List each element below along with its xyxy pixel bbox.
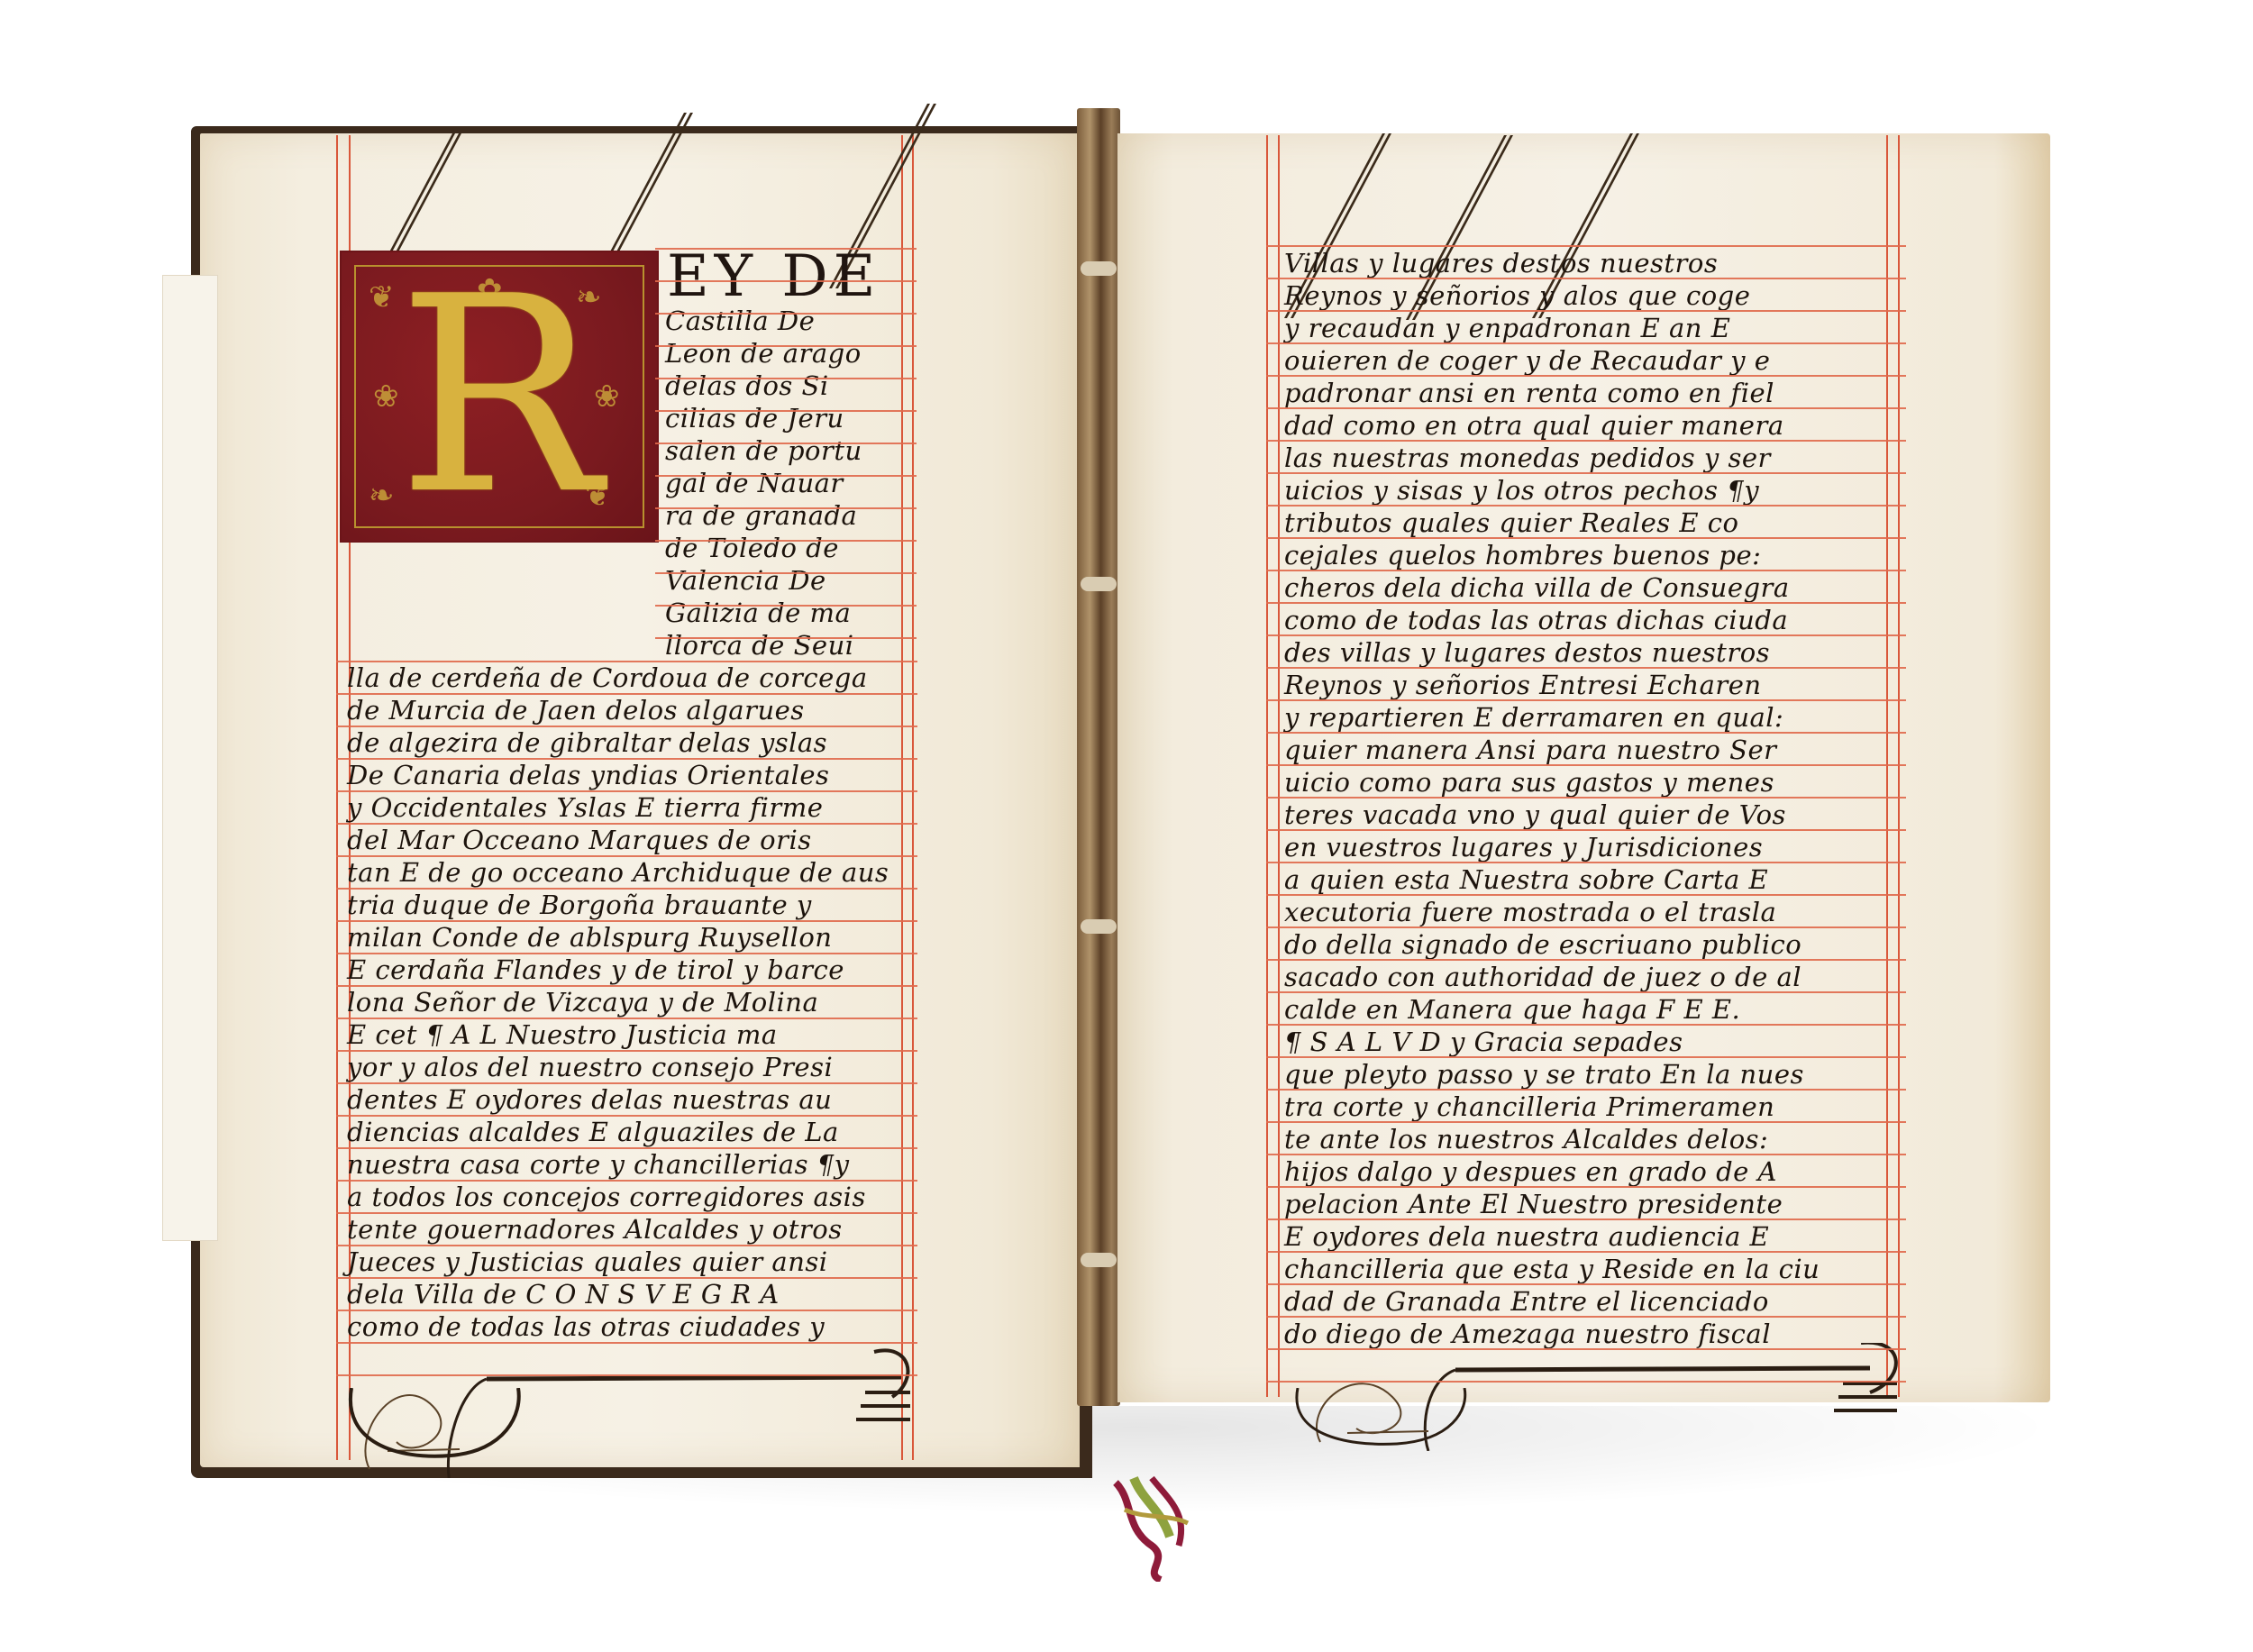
text-line: Leon de arago	[665, 338, 862, 369]
ruling-line	[1266, 602, 1906, 604]
text-line: y repartieren E derramaren en qual:	[1284, 702, 1783, 733]
ruling-line	[1266, 440, 1906, 442]
initial-letter: R	[342, 243, 657, 550]
left-margin-rule	[1278, 135, 1280, 1397]
ruling-line	[1266, 1381, 1906, 1383]
ruling-line	[1266, 1348, 1906, 1350]
text-line: E cet ¶ A L Nuestro Justicia ma	[347, 1019, 778, 1050]
ruling-line	[1266, 926, 1906, 928]
text-line: tente gouernadores Alcaldes y otros	[347, 1214, 843, 1245]
text-line: uicios y sisas y los otros pechos ¶y	[1284, 475, 1759, 506]
binding-cord	[1081, 261, 1117, 276]
left-margin-rule	[336, 135, 338, 1460]
ruling-line	[1266, 407, 1906, 409]
text-line: cheros dela dicha villa de Consuegra	[1284, 572, 1790, 603]
ruling-line	[655, 572, 917, 574]
ruling-line	[1266, 570, 1906, 571]
text-line: del Mar Occeano Marques de oris	[347, 825, 812, 855]
ruling-line	[336, 1342, 917, 1344]
ruling-line	[336, 1277, 917, 1279]
text-line: tributos quales quier Reales E co	[1284, 507, 1739, 538]
text-line: Reynos y señorios Entresi Echaren	[1284, 670, 1762, 700]
ruling-line	[655, 540, 917, 542]
text-line: diencias alcaldes E alguaziles de La	[347, 1117, 839, 1147]
ruling-line	[1266, 245, 1906, 247]
text-line: De Canaria delas yndias Orientales	[347, 760, 829, 790]
text-line: Jueces y Justicias quales quier ansi	[347, 1246, 828, 1277]
text-line: que pleyto passo y se trato En la nues	[1284, 1059, 1804, 1090]
text-line: nuestra casa corte y chancillerias ¶y	[347, 1149, 850, 1180]
book-spine	[1077, 108, 1120, 1406]
text-line: des villas y lugares destos nuestros	[1284, 637, 1770, 668]
text-line: tria duque de Borgoña brauante y	[347, 890, 812, 920]
text-line: Castilla De	[665, 306, 815, 336]
ruling-line	[655, 410, 917, 412]
ruling-line	[655, 475, 917, 477]
ruling-line	[1266, 1154, 1906, 1155]
ruling-line	[1266, 862, 1906, 863]
right-margin-rule	[1898, 135, 1900, 1397]
ruling-line	[336, 1180, 917, 1182]
right-margin-rule	[901, 135, 903, 1460]
left-margin-rule	[1266, 135, 1268, 1397]
ruling-line	[336, 823, 917, 825]
ruling-line	[1266, 1089, 1906, 1091]
ruling-line	[336, 1018, 917, 1019]
text-line: dad como en otra qual quier manera	[1284, 410, 1784, 441]
ruling-line	[655, 345, 917, 347]
text-line: en vuestros lugares y Jurisdiciones	[1284, 832, 1763, 863]
ruling-line	[1266, 991, 1906, 993]
ruling-line	[1266, 1186, 1906, 1188]
text-line: milan Conde de ablspurg Ruysellon	[347, 922, 832, 953]
text-line: uicio como para sus gastos y menes	[1284, 767, 1774, 798]
ruling-line	[1266, 634, 1906, 636]
text-line: dentes E oydores delas nuestras au	[347, 1084, 832, 1115]
ruling-line	[336, 1147, 917, 1149]
text-line: calde en Manera que haga F E E.	[1284, 994, 1740, 1025]
ruling-line	[336, 855, 917, 857]
text-line: a todos los concejos corregidores asis	[347, 1182, 866, 1212]
ruling-line	[336, 693, 917, 695]
text-line: cilias de Jeru	[665, 403, 844, 434]
ruling-line	[655, 313, 917, 315]
text-line: yor y alos del nuestro consejo Presi	[347, 1052, 833, 1082]
ruling-line	[336, 1310, 917, 1311]
ruling-line	[336, 953, 917, 954]
text-line: llorca de Seui	[665, 630, 854, 661]
ruling-line	[336, 726, 917, 727]
ruling-line	[336, 1212, 917, 1214]
text-line: E cerdaña Flandes y de tirol y barce	[347, 954, 844, 985]
ruling-line	[1266, 1283, 1906, 1285]
ruling-line	[1266, 505, 1906, 507]
right-margin-rule	[1886, 135, 1888, 1397]
illuminated-initial: ❦ ❧ ❧ ❦ ✿ ❀ ❀ R	[340, 251, 659, 543]
bookmark-ribbon	[1107, 1474, 1206, 1582]
ruling-line	[1266, 667, 1906, 669]
text-line: cejales quelos hombres buenos pe:	[1284, 540, 1761, 570]
ruling-line	[655, 605, 917, 607]
text-line: Villas y lugares destos nuestros	[1284, 248, 1718, 278]
text-line: dad de Granada Entre el licenciado	[1284, 1286, 1769, 1317]
binding-cord	[1081, 577, 1117, 591]
ruling-line	[1266, 764, 1906, 766]
text-line: tra corte y chancilleria Primeramen	[1284, 1091, 1774, 1122]
left-oval-flourish	[342, 1388, 541, 1460]
text-line: chancilleria que esta y Reside en la ciu	[1284, 1254, 1820, 1284]
text-line: de Murcia de Jaen delos algarues	[347, 695, 805, 726]
ruling-line	[336, 920, 917, 922]
ruling-line	[655, 378, 917, 379]
ruling-line	[1266, 1218, 1906, 1220]
ruling-line	[336, 888, 917, 890]
text-line: quier manera Ansi para nuestro Ser	[1284, 735, 1776, 765]
text-line: de Toledo de	[665, 533, 839, 563]
ruling-line	[336, 661, 917, 662]
ruling-line	[1266, 1251, 1906, 1253]
text-line: ouieren de coger y de Recaudar y e	[1284, 345, 1770, 376]
paper-insert-slip	[162, 275, 218, 1241]
ruling-line	[1266, 1316, 1906, 1318]
text-line: xecutoria fuere mostrada o el trasla	[1284, 897, 1776, 927]
text-line: como de todas las otras dichas ciuda	[1284, 605, 1788, 635]
text-line: ra de granada	[665, 500, 857, 531]
text-line: gal de Nauar	[665, 468, 844, 498]
text-line: dela Villa de C O N S V E G R A	[347, 1279, 780, 1310]
ruling-line	[1266, 732, 1906, 734]
text-line: lona Señor de Vizcaya y de Molina	[347, 987, 818, 1018]
text-line: y Occidentales Yslas E tierra firme	[347, 792, 823, 823]
text-line: de algezira de gibraltar delas yslas	[347, 727, 827, 758]
ruling-line	[336, 1115, 917, 1117]
ruling-line	[336, 758, 917, 760]
ruling-line	[336, 790, 917, 792]
ruling-line	[336, 1050, 917, 1052]
heading-caps: EY DE	[667, 243, 880, 310]
text-line: Valencia De	[665, 565, 826, 596]
ruling-line	[1266, 959, 1906, 961]
ruling-line	[1266, 829, 1906, 831]
ruling-line	[655, 637, 917, 639]
ruling-line	[1266, 699, 1906, 701]
ruling-line	[655, 443, 917, 444]
ruling-line	[336, 1374, 917, 1376]
text-line: delas dos Si	[665, 370, 829, 401]
text-line: te ante los nuestros Alcaldes delos:	[1284, 1124, 1768, 1155]
ruling-line	[1266, 1024, 1906, 1026]
text-line: a quien esta Nuestra sobre Carta E	[1284, 864, 1768, 895]
text-line: salen de portu	[665, 435, 862, 466]
text-line: pelacion Ante El Nuestro presidente	[1284, 1189, 1783, 1219]
text-line: padronar ansi en renta como en fiel	[1284, 378, 1774, 408]
ruling-line	[1266, 797, 1906, 799]
text-line: E oydores dela nuestra audiencia E	[1284, 1221, 1769, 1252]
text-line: ¶ S A L V D y Gracia sepades	[1284, 1027, 1683, 1057]
right-oval-flourish	[1289, 1388, 1487, 1451]
ruling-line	[1266, 1056, 1906, 1058]
ruling-line	[1266, 342, 1906, 344]
text-line: sacado con authoridad de juez o de al	[1284, 962, 1801, 992]
binding-cord	[1081, 1253, 1117, 1267]
ruling-line	[655, 280, 917, 282]
text-line: las nuestras monedas pedidos y ser	[1284, 443, 1771, 473]
ruling-line	[1266, 310, 1906, 312]
text-line: do della signado de escriuano publico	[1284, 929, 1801, 960]
text-line: lla de cerdeña de Cordoua de corcega	[347, 662, 868, 693]
text-line: Reynos y señorios y alos que coge	[1284, 280, 1750, 311]
binding-cord	[1081, 919, 1117, 934]
ruling-line	[336, 1245, 917, 1246]
ruling-line	[655, 248, 917, 250]
text-line: teres vacada vno y qual quier de Vos	[1284, 799, 1786, 830]
ruling-line	[1266, 537, 1906, 539]
ruling-line	[1266, 894, 1906, 896]
ruling-line	[336, 985, 917, 987]
text-line: y recaudan y enpadronan E an E	[1284, 313, 1730, 343]
text-line: como de todas las otras ciudades y	[347, 1311, 825, 1342]
text-line: hijos dalgo y despues en grado de A	[1284, 1156, 1777, 1187]
ruling-line	[1266, 1121, 1906, 1123]
ruling-line	[1266, 472, 1906, 474]
ruling-line	[1266, 278, 1906, 279]
ruling-line	[1266, 375, 1906, 377]
ruling-line	[336, 1082, 917, 1084]
text-line: Galizia de ma	[665, 598, 851, 628]
ruling-line	[655, 507, 917, 509]
text-line: tan E de go occeano Archiduque de aus	[347, 857, 889, 888]
right-margin-rule	[912, 135, 914, 1460]
